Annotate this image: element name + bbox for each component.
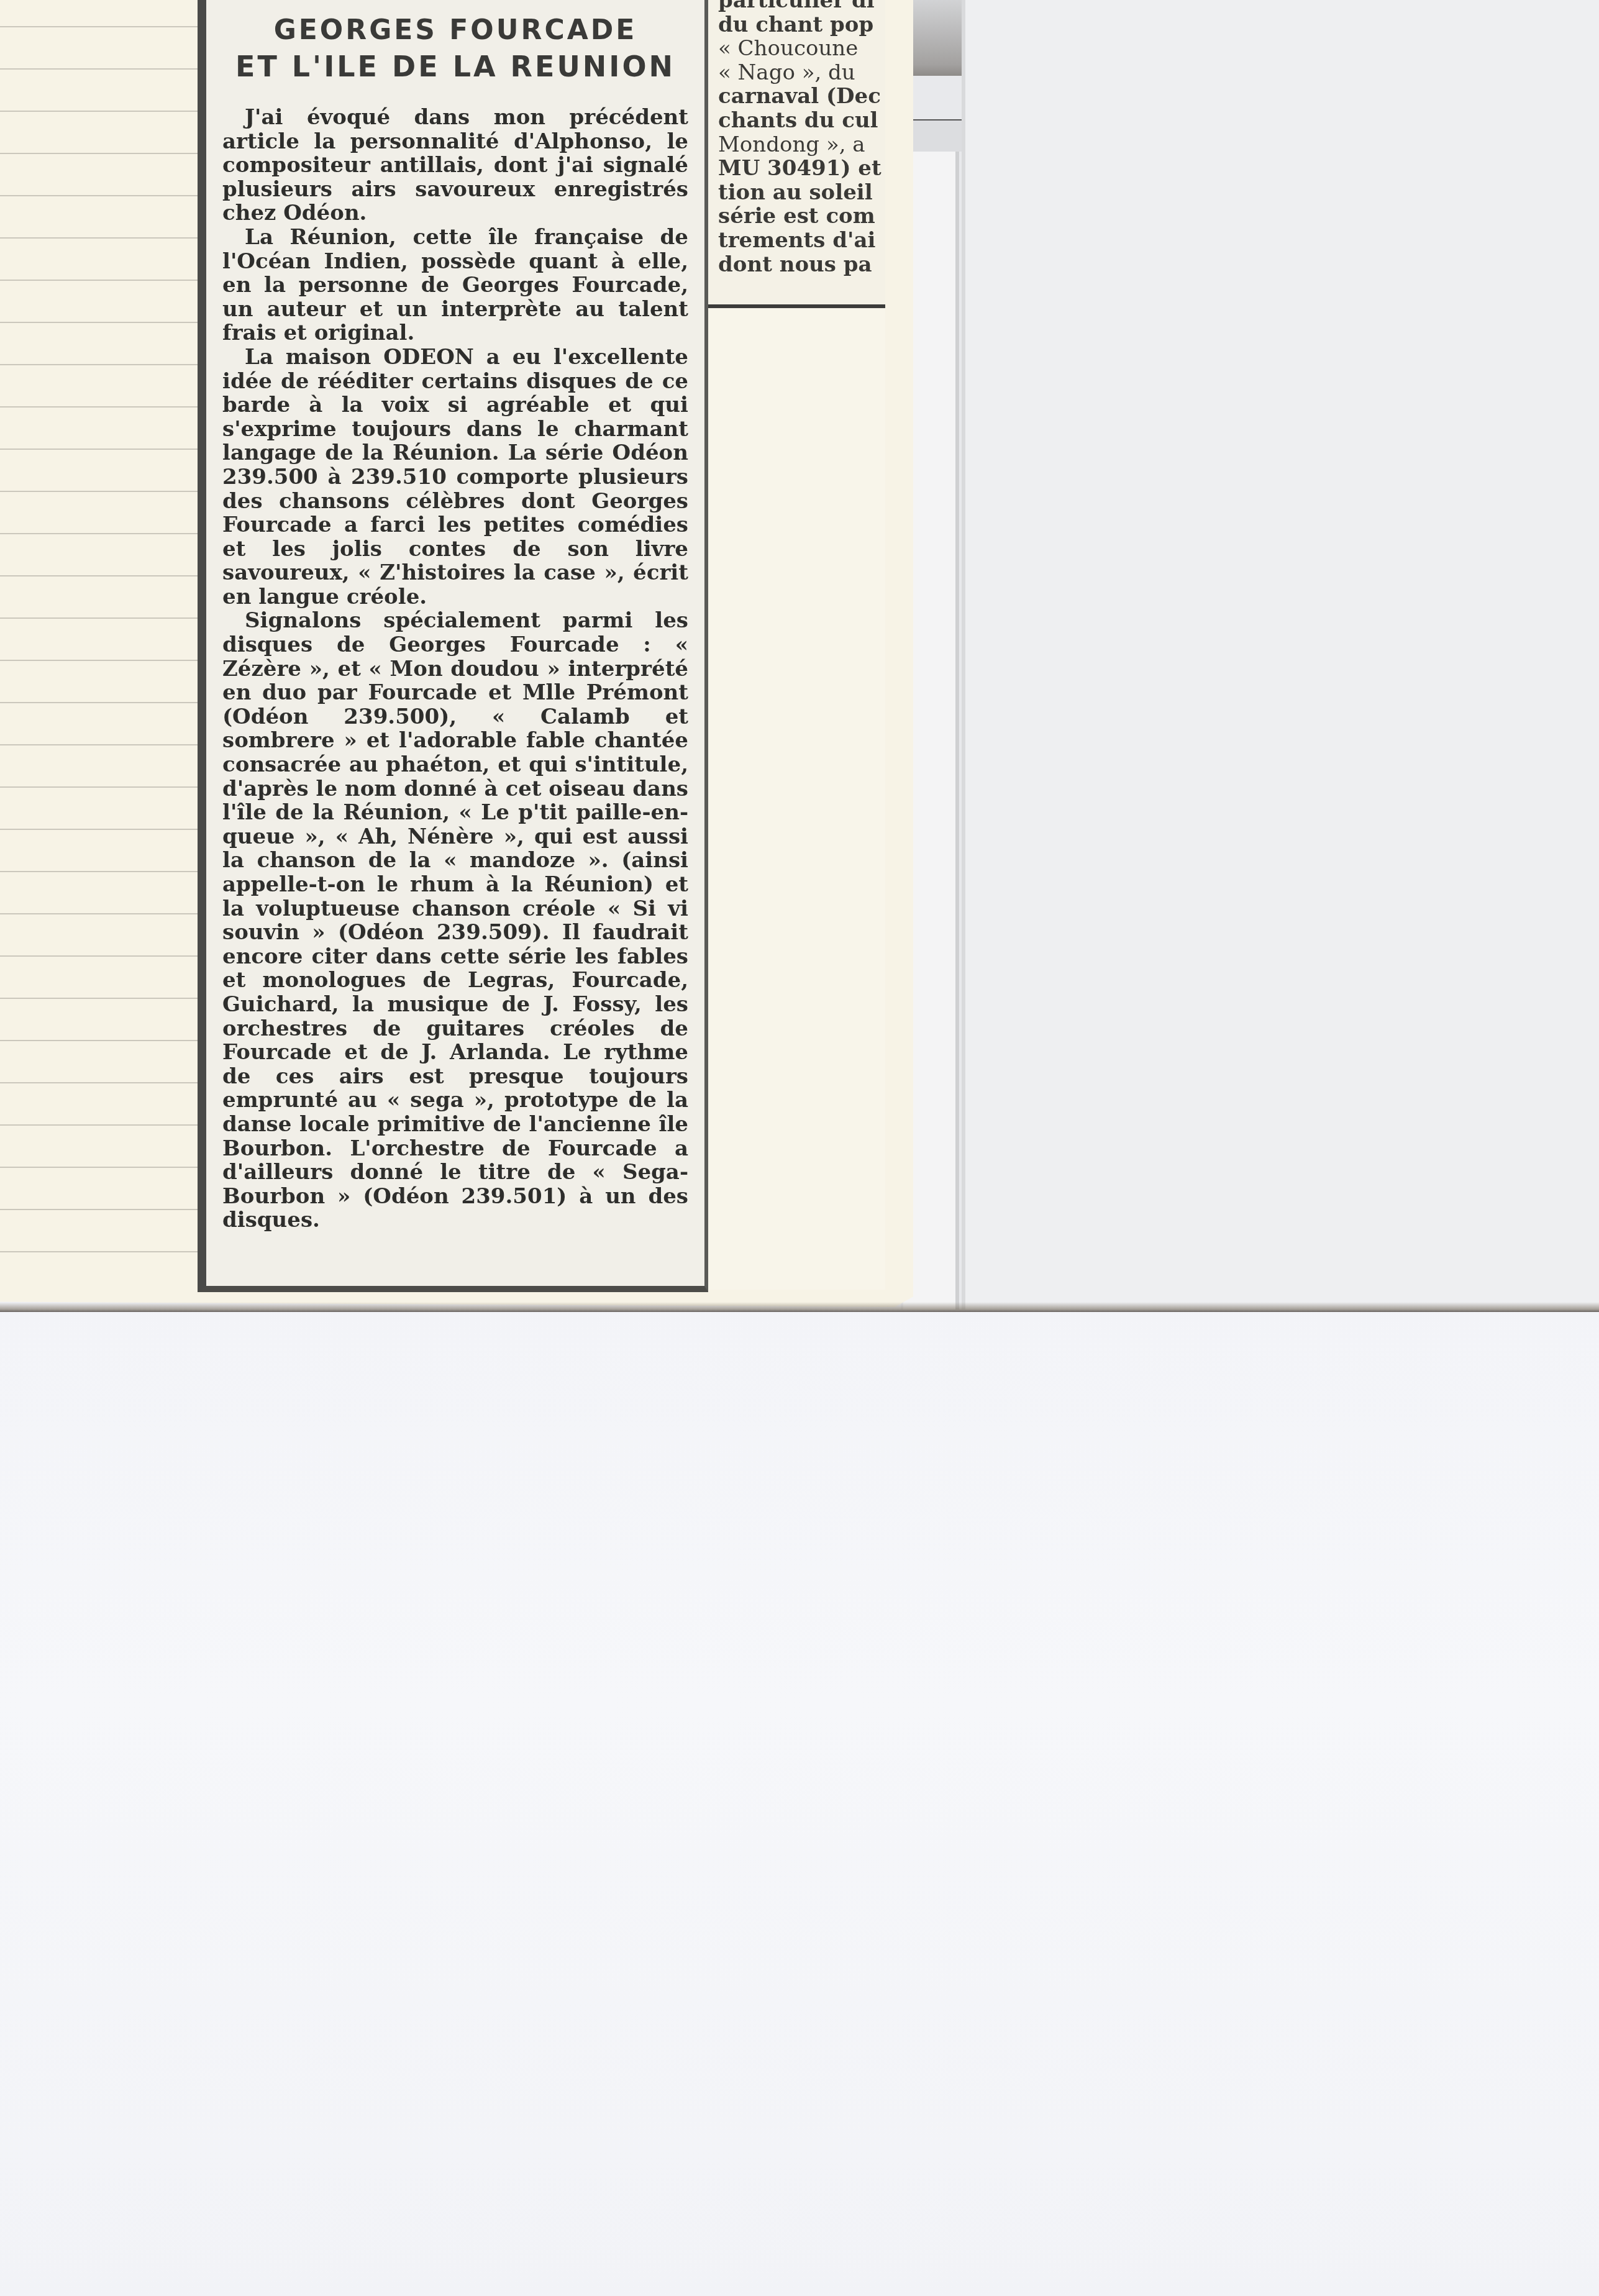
ruled-line <box>0 26 198 27</box>
article-headline: GEORGES FOURCADE ET L'ILE DE LA REUNION <box>206 0 704 84</box>
article-paragraph: La Réunion, cette île française de l'Océ… <box>222 225 688 345</box>
ruled-line <box>0 68 198 70</box>
newspaper-clipping: GEORGES FOURCADE ET L'ILE DE LA REUNION … <box>198 0 708 1292</box>
ruled-line <box>0 744 198 745</box>
column-line: particulier di <box>708 0 885 13</box>
ruled-line <box>0 998 198 999</box>
column-line: Mondong », a <box>708 133 885 157</box>
headline-line-1: GEORGES FOURCADE <box>206 12 704 48</box>
scanner-lid-lower <box>0 1310 1599 2296</box>
article-paragraph: Signalons spécialement parmi les disques… <box>222 609 688 1232</box>
ruled-line <box>0 1209 198 1210</box>
article-paragraph: J'ai évoqué dans mon précédent article l… <box>222 106 688 225</box>
ruled-line <box>0 491 198 492</box>
column-line: trements d'ai <box>708 229 885 253</box>
ruled-line <box>0 1251 198 1252</box>
column-line: carnaval (Dec <box>708 84 885 109</box>
ruled-line <box>0 111 198 112</box>
ruled-line <box>0 406 198 408</box>
ruled-line <box>0 195 198 196</box>
ruled-line <box>0 533 198 534</box>
ruled-line <box>0 829 198 830</box>
column-line: du chant pop <box>708 13 885 37</box>
notebook-page-right-margin <box>708 308 885 1290</box>
ruled-line <box>0 322 198 323</box>
article-body: J'ai évoqué dans mon précédent article l… <box>222 106 688 1232</box>
column-line: « Choucoune <box>708 37 885 61</box>
headline-line-2: ET L'ILE DE LA REUNION <box>206 48 704 84</box>
ruled-line <box>0 280 198 281</box>
ruled-line <box>0 702 198 703</box>
article-paragraph: La maison ODEON a eu l'excellente idée d… <box>222 345 688 609</box>
ruled-line <box>0 871 198 872</box>
ruled-line <box>0 364 198 365</box>
ruled-line <box>0 575 198 576</box>
ruled-line <box>0 913 198 914</box>
ruled-line <box>0 1167 198 1168</box>
column-line: tion au soleil <box>708 181 885 205</box>
ruled-line <box>0 786 198 788</box>
ruled-line <box>0 660 198 661</box>
ruled-line <box>0 1040 198 1041</box>
ruled-line <box>0 1082 198 1083</box>
ruled-line <box>0 1124 198 1126</box>
page-edge-shadow <box>0 1302 1599 1312</box>
ruled-line <box>0 237 198 239</box>
ruled-line <box>0 449 198 450</box>
scanner-lid-right <box>962 0 1599 1310</box>
ruled-line <box>0 617 198 619</box>
ruled-line <box>0 153 198 154</box>
column-line: chants du cul <box>708 109 885 133</box>
column-line: MU 30491) et <box>708 157 885 181</box>
adjacent-column-clipping: particulier di du chant pop « Choucoune … <box>708 0 885 308</box>
column-line: « Nago », du <box>708 61 885 85</box>
ruled-line <box>0 955 198 957</box>
column-line: série est com <box>708 204 885 229</box>
column-line: dont nous pa <box>708 253 885 277</box>
